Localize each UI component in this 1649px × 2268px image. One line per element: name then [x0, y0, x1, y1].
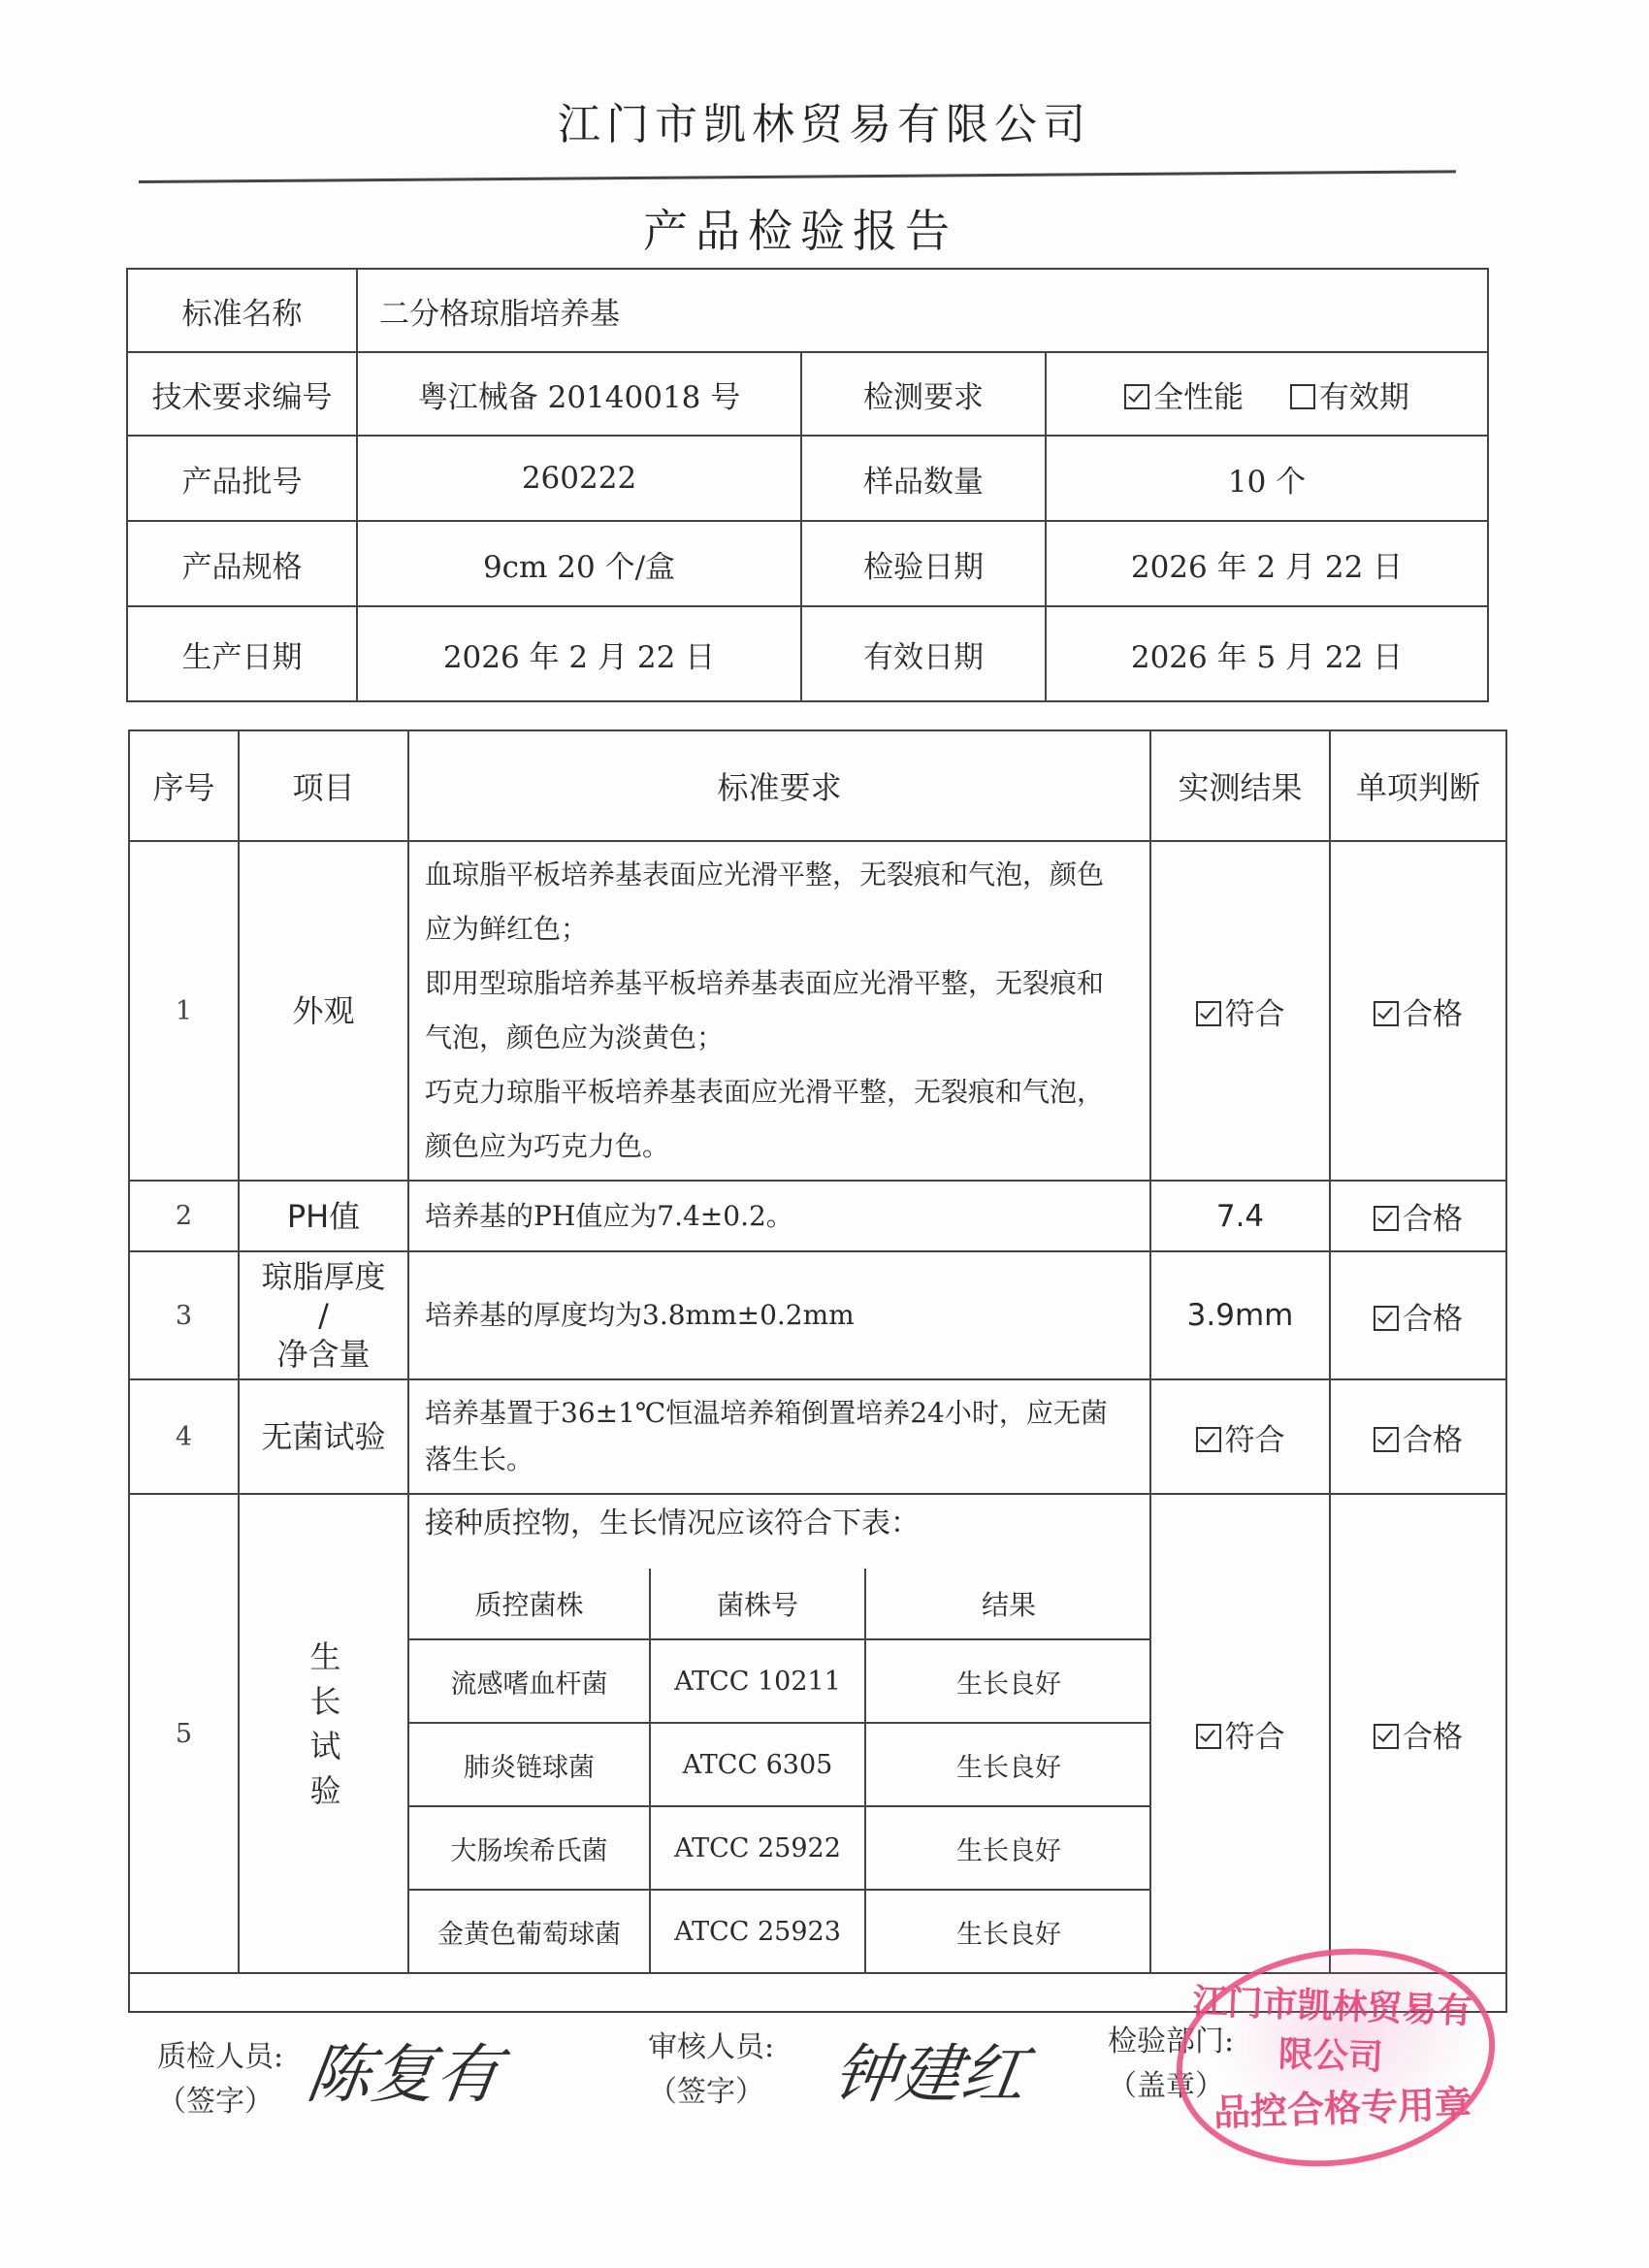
row-result: 符合: [1150, 841, 1330, 1181]
header-seq: 序号: [129, 730, 239, 841]
row-requirement: 培养基的厚度均为3.8mm±0.2mm: [408, 1251, 1150, 1379]
header-requirement: 标准要求: [408, 730, 1150, 841]
table-row: 5 生长试验 接种质控物，生长情况应该符合下表： 质控菌株 菌株号 结果 流感嗜…: [129, 1494, 1506, 1973]
spec-label: 产品规格: [127, 521, 357, 606]
table-row: 1 外观 血琼脂平板培养基表面应光滑平整，无裂痕和气泡，颜色 应为鲜红色； 即用…: [129, 841, 1506, 1181]
table-row: 2 PH值 培养基的PH值应为7.4±0.2。 7.4 合格: [129, 1181, 1506, 1251]
growth-intro: 接种质控物，生长情况应该符合下表：: [409, 1495, 1149, 1569]
row-item-vertical: 生长试验: [302, 1640, 346, 1819]
qc-row: 肺炎链球菌 ATCC 6305 生长良好: [409, 1723, 1151, 1806]
tech-req-value: 粤江械备 20140018 号: [357, 352, 801, 436]
reviewer-sub-text: （签字）: [648, 2070, 774, 2115]
header-result: 实测结果: [1150, 730, 1330, 841]
item-line: 净含量: [240, 1335, 407, 1374]
batch-label: 产品批号: [127, 436, 357, 521]
info-row-prod-date: 生产日期 2026 年 2 月 22 日 有效日期 2026 年 5 月 22 …: [127, 606, 1488, 701]
checkbox-checked-icon[interactable]: [1374, 1001, 1399, 1026]
qc-result: 生长良好: [865, 1723, 1151, 1806]
checkbox-checked-icon[interactable]: [1374, 1427, 1399, 1452]
inspect-date-value: 2026 年 2 月 22 日: [1046, 521, 1488, 606]
header-item: 项目: [239, 730, 408, 841]
row-judgement: 合格: [1330, 1251, 1506, 1379]
qc-strain-no: ATCC 6305: [650, 1723, 865, 1806]
requirement-line: 应为鲜红色；: [425, 902, 1136, 956]
reviewer-label: 审核人员: （签字）: [648, 2025, 774, 2115]
checkbox-checked-icon[interactable]: [1374, 1206, 1399, 1231]
qc-result: 生长良好: [865, 1890, 1151, 1972]
row-item: 琼脂厚度 / 净含量: [239, 1251, 408, 1379]
qc-strain: 肺炎链球菌: [409, 1723, 650, 1806]
checkbox-checked-icon[interactable]: [1196, 1724, 1221, 1749]
standard-name-value: 二分格琼脂培养基: [357, 269, 1488, 352]
row-requirement: 培养基的PH值应为7.4±0.2。: [408, 1181, 1150, 1251]
prod-date-value: 2026 年 2 月 22 日: [357, 606, 801, 701]
judgement-text: 合格: [1403, 1302, 1463, 1337]
requirement-line: 气泡，颜色应为淡黄色；: [425, 1011, 1136, 1065]
judgement-text: 合格: [1403, 1202, 1463, 1237]
row-judgement: 合格: [1330, 1379, 1506, 1494]
test-req-label: 检测要求: [801, 352, 1046, 436]
checkbox-checked-icon[interactable]: [1124, 384, 1149, 409]
test-req-options: 全性能 有效期: [1046, 352, 1488, 436]
seal-purpose-text: 品控合格专用章: [1187, 2073, 1498, 2137]
product-info-table: 标准名称 二分格琼脂培养基 技术要求编号 粤江械备 20140018 号 检测要…: [126, 268, 1489, 702]
checkbox-unchecked-icon[interactable]: [1290, 384, 1315, 409]
row-seq: 2: [129, 1181, 239, 1251]
qc-header-result: 结果: [865, 1569, 1151, 1639]
prod-date-label: 生产日期: [127, 606, 357, 701]
row-seq: 5: [129, 1494, 239, 1973]
table-row: 3 琼脂厚度 / 净含量 培养基的厚度均为3.8mm±0.2mm 3.9mm 合…: [129, 1251, 1506, 1379]
row-judgement: 合格: [1330, 841, 1506, 1181]
inspector-label: 质检人员: （签字）: [157, 2035, 283, 2124]
seal-company-text: 江门市凯林贸易有限公司: [1176, 1974, 1487, 2084]
row-result: 7.4: [1150, 1181, 1330, 1251]
sample-qty-value: 10 个: [1046, 436, 1488, 521]
row-judgement: 合格: [1330, 1494, 1506, 1973]
inspector-signature: 陈复有: [302, 2023, 506, 2115]
row-result: 符合: [1150, 1379, 1330, 1494]
requirement-line: 血琼脂平板培养基表面应光滑平整，无裂痕和气泡，颜色: [425, 848, 1136, 902]
qc-strain: 流感嗜血杆菌: [409, 1639, 650, 1723]
qc-row: 金黄色葡萄球菌 ATCC 25923 生长良好: [409, 1890, 1151, 1972]
standard-name-label: 标准名称: [127, 269, 357, 352]
row-result: 3.9mm: [1150, 1251, 1330, 1379]
reviewer-label-text: 审核人员:: [648, 2030, 774, 2064]
qc-strain-no: ATCC 25922: [650, 1806, 865, 1890]
tech-req-label: 技术要求编号: [127, 352, 357, 436]
inspection-results-table: 序号 项目 标准要求 实测结果 单项判断 1 外观 血琼脂平板培养基表面应光滑平…: [128, 729, 1507, 2013]
result-text: 符合: [1225, 997, 1285, 1032]
qc-row: 流感嗜血杆菌 ATCC 10211 生长良好: [409, 1639, 1151, 1723]
requirement-line: 颜色应为巧克力色。: [425, 1119, 1136, 1174]
option-full-performance[interactable]: 全性能: [1124, 380, 1244, 415]
qc-strain: 大肠埃希氏菌: [409, 1806, 650, 1890]
info-row-batch: 产品批号 260222 样品数量 10 个: [127, 436, 1488, 521]
title-divider: [139, 170, 1456, 183]
qc-strain-no: ATCC 10211: [650, 1639, 865, 1723]
row-item: 外观: [239, 841, 408, 1181]
row-seq: 4: [129, 1379, 239, 1494]
info-row-tech-req: 技术要求编号 粤江械备 20140018 号 检测要求 全性能 有效期: [127, 352, 1488, 436]
qc-header-strain-no: 菌株号: [650, 1569, 865, 1639]
qc-result: 生长良好: [865, 1806, 1151, 1890]
option-validity[interactable]: 有效期: [1290, 380, 1409, 415]
reviewer-signature: 钟建红: [827, 2023, 1032, 2115]
row-item: 生长试验: [239, 1494, 408, 1973]
result-text: 符合: [1225, 1423, 1285, 1458]
row-requirement: 培养基置于36±1℃恒温培养箱倒置培养24小时，应无菌 落生长。: [408, 1379, 1150, 1494]
qc-strain-table: 质控菌株 菌株号 结果 流感嗜血杆菌 ATCC 10211 生长良好 肺炎链球菌…: [409, 1569, 1151, 1972]
table-row: 4 无菌试验 培养基置于36±1℃恒温培养箱倒置培养24小时，应无菌 落生长。 …: [129, 1379, 1506, 1494]
qc-result: 生长良好: [865, 1639, 1151, 1723]
company-name: 江门市凯林贸易有限公司: [0, 89, 1649, 151]
qc-row: 大肠埃希氏菌 ATCC 25922 生长良好: [409, 1806, 1151, 1890]
expiry-label: 有效日期: [801, 606, 1046, 701]
qc-header-row: 质控菌株 菌株号 结果: [409, 1569, 1151, 1639]
inspect-date-label: 检验日期: [801, 521, 1046, 606]
inspector-label-text: 质检人员:: [157, 2040, 283, 2074]
inspector-sub-text: （签字）: [157, 2080, 283, 2124]
report-title: 产品检验报告: [0, 196, 1600, 260]
qc-strain: 金黄色葡萄球菌: [409, 1890, 650, 1972]
spec-value: 9cm 20 个/盒: [357, 521, 801, 606]
row-seq: 3: [129, 1251, 239, 1379]
info-row-spec: 产品规格 9cm 20 个/盒 检验日期 2026 年 2 月 22 日: [127, 521, 1488, 606]
judgement-text: 合格: [1403, 997, 1463, 1032]
qc-strain-no: ATCC 25923: [650, 1890, 865, 1972]
results-header-row: 序号 项目 标准要求 实测结果 单项判断: [129, 730, 1506, 841]
checkbox-checked-icon[interactable]: [1196, 1427, 1221, 1452]
row-result: 符合: [1150, 1494, 1330, 1973]
sample-qty-label: 样品数量: [801, 436, 1046, 521]
info-row-standard-name: 标准名称 二分格琼脂培养基: [127, 269, 1488, 352]
judgement-text: 合格: [1403, 1720, 1463, 1755]
judgement-text: 合格: [1403, 1423, 1463, 1458]
row-seq: 1: [129, 841, 239, 1181]
result-text: 符合: [1225, 1720, 1285, 1755]
row-requirement: 接种质控物，生长情况应该符合下表： 质控菌株 菌株号 结果 流感嗜血杆菌 ATC…: [408, 1494, 1150, 1973]
row-requirement: 血琼脂平板培养基表面应光滑平整，无裂痕和气泡，颜色 应为鲜红色； 即用型琼脂培养…: [408, 841, 1150, 1181]
item-line: 琼脂厚度: [240, 1257, 407, 1296]
checkbox-checked-icon[interactable]: [1374, 1306, 1399, 1331]
requirement-line: 巧克力琼脂平板培养基表面应光滑平整，无裂痕和气泡，: [425, 1065, 1136, 1119]
row-item: 无菌试验: [239, 1379, 408, 1494]
row-judgement: 合格: [1330, 1181, 1506, 1251]
row-item: PH值: [239, 1181, 408, 1251]
item-line: /: [240, 1296, 407, 1335]
option-label: 全性能: [1153, 380, 1244, 415]
checkbox-checked-icon[interactable]: [1196, 1001, 1221, 1026]
batch-value: 260222: [357, 436, 801, 521]
checkbox-checked-icon[interactable]: [1374, 1724, 1399, 1749]
expiry-value: 2026 年 5 月 22 日: [1046, 606, 1488, 701]
qc-header-strain: 质控菌株: [409, 1569, 650, 1639]
option-label: 有效期: [1319, 380, 1409, 415]
header-judgement: 单项判断: [1330, 730, 1506, 841]
requirement-line: 即用型琼脂培养基平板培养基表面应光滑平整，无裂痕和: [425, 956, 1136, 1011]
requirement-line: 培养基置于36±1℃恒温培养箱倒置培养24小时，应无菌: [425, 1390, 1136, 1437]
requirement-line: 落生长。: [425, 1437, 1136, 1483]
